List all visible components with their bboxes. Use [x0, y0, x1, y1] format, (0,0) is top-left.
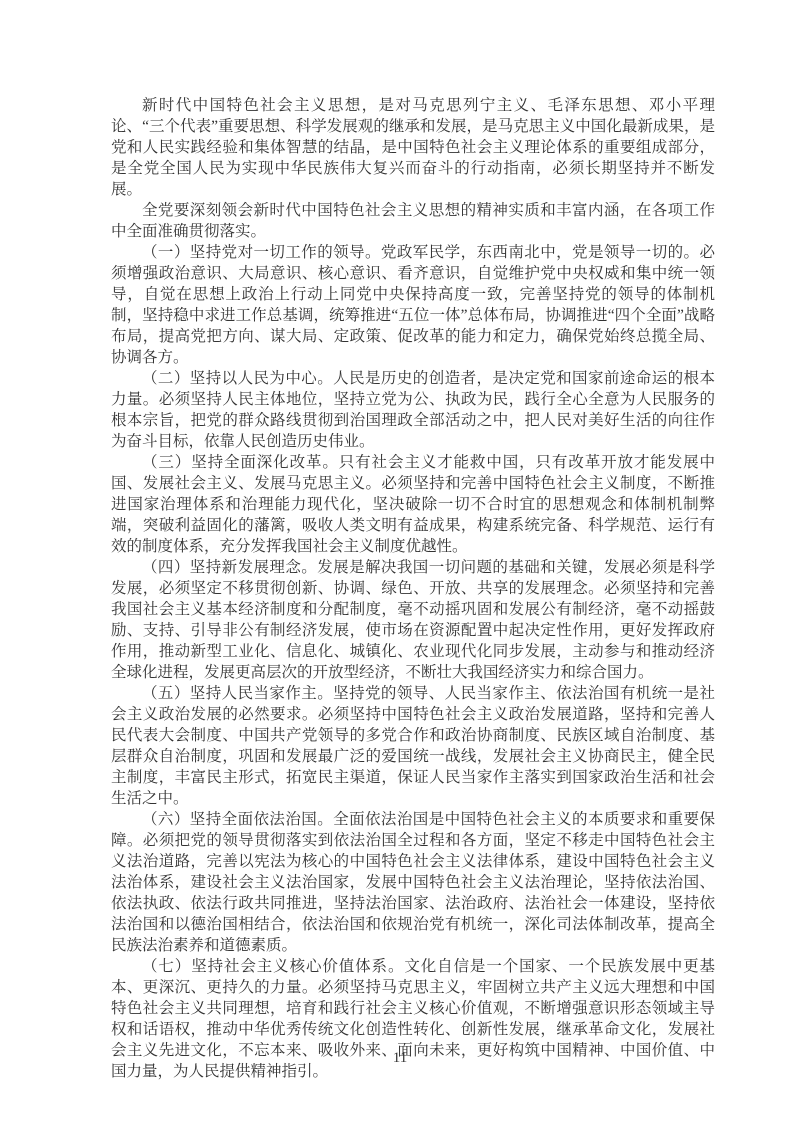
- paragraph-item-5: （五）坚持人民当家作主。坚持党的领导、人民当家作主、依法治国有机统一是社会主义政…: [111, 683, 715, 809]
- paragraph-item-4: （四）坚持新发展理念。发展是解决我国一切问题的基础和关键，发展必须是科学发展，必…: [111, 557, 715, 683]
- paragraph-item-3: （三）坚持全面深化改革。只有社会主义才能救中国，只有改革开放才能发展中国、发展社…: [111, 452, 715, 557]
- paragraph-item-1: （一）坚持党对一切工作的领导。党政军民学，东西南北中，党是领导一切的。必须增强政…: [111, 242, 715, 368]
- paragraph-directive: 全党要深刻领会新时代中国特色社会主义思想的精神实质和丰富内涵，在各项工作中全面准…: [111, 200, 715, 242]
- paragraph-item-6: （六）坚持全面依法治国。全面依法治国是中国特色社会主义的本质要求和重要保障。必须…: [111, 809, 715, 956]
- paragraph-item-2: （二）坚持以人民为中心。人民是历史的创造者，是决定党和国家前途命运的根本力量。必…: [111, 368, 715, 452]
- paragraph-intro: 新时代中国特色社会主义思想，是对马克思列宁主义、毛泽东思想、邓小平理论、“三个代…: [111, 95, 715, 200]
- body-text: 新时代中国特色社会主义思想，是对马克思列宁主义、毛泽东思想、邓小平理论、“三个代…: [111, 95, 715, 1082]
- document-page: 新时代中国特色社会主义思想，是对马克思列宁主义、毛泽东思想、邓小平理论、“三个代…: [0, 0, 800, 1133]
- page-number: 11: [0, 1050, 800, 1067]
